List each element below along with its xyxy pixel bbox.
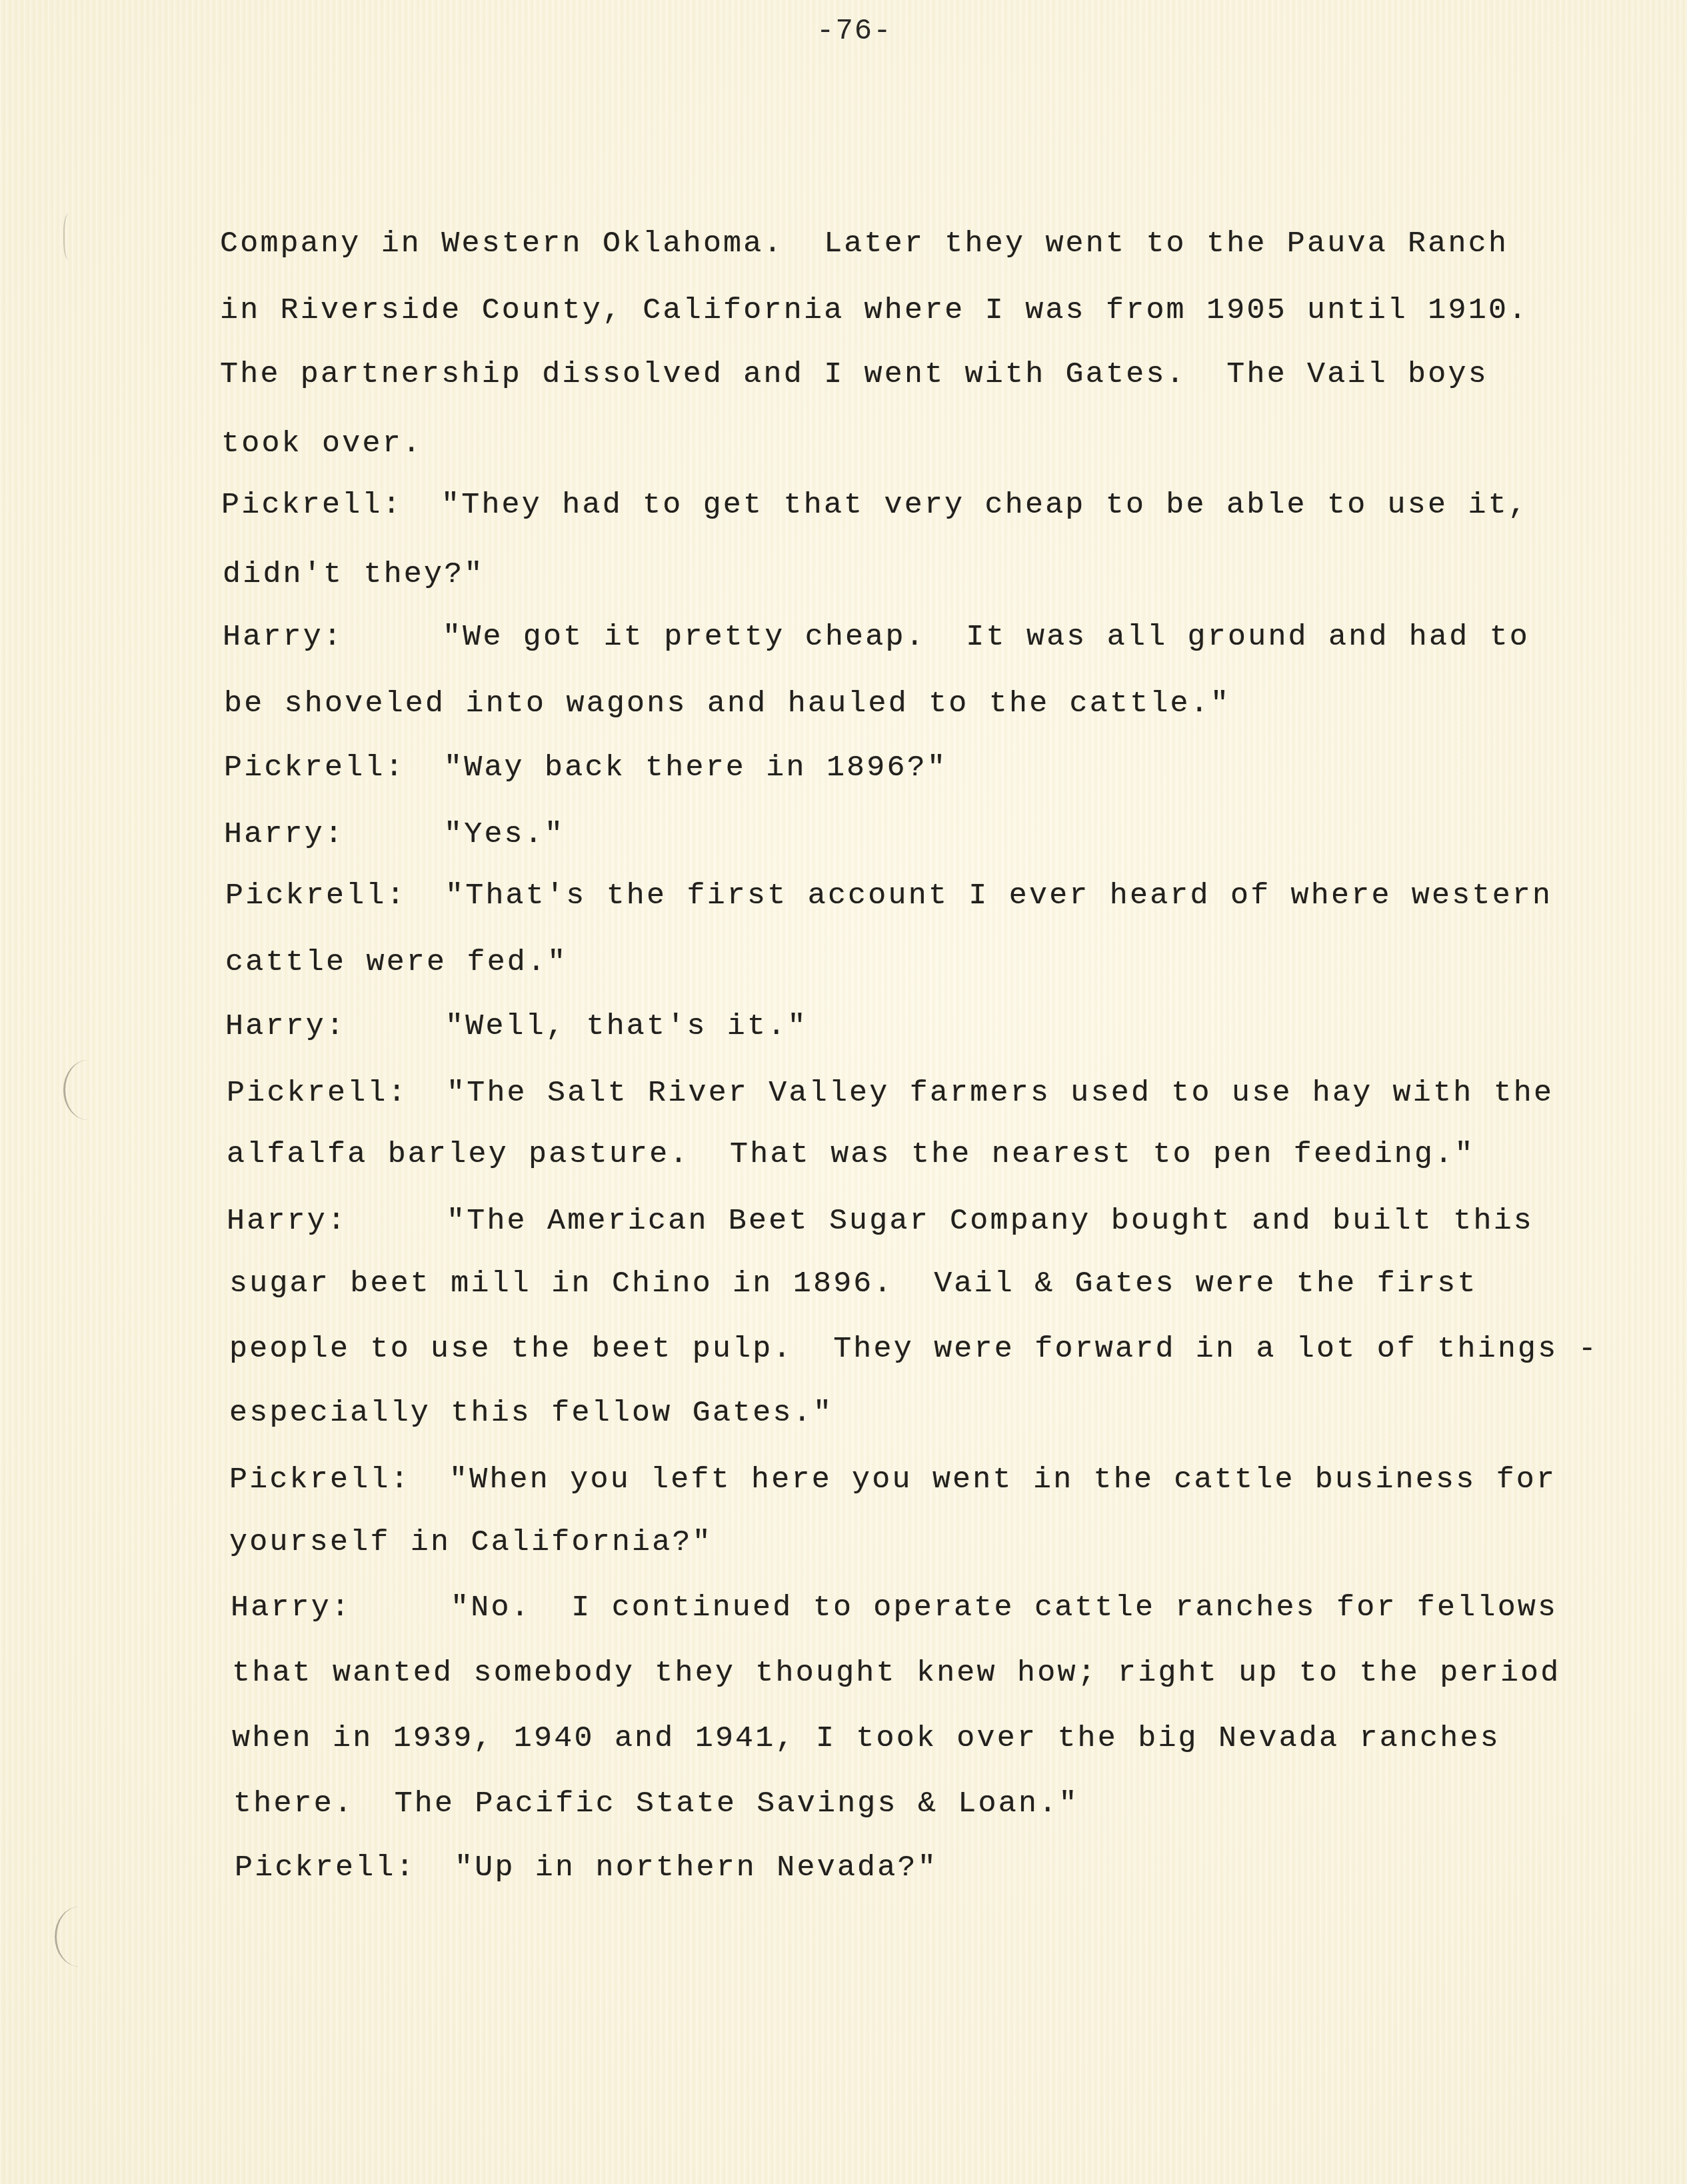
line-text: didn't they?": [223, 557, 485, 591]
line-text: there. The Pacific State Savings & Loan.…: [233, 1787, 1079, 1821]
line-text: be shoveled into wagons and hauled to th…: [224, 687, 1230, 721]
transcript-line: Company in Western Oklahoma. Later they …: [220, 227, 1508, 261]
speaker-label: Pickrell:: [221, 488, 441, 522]
speaker-label: Harry:: [227, 1204, 447, 1238]
line-text: "When you left here you went in the catt…: [449, 1463, 1556, 1497]
line-text: people to use the beet pulp. They were f…: [229, 1332, 1598, 1366]
transcript-line: Harry:"Well, that's it.": [225, 1009, 808, 1043]
transcript-line: Pickrell:"Way back there in 1896?": [224, 751, 947, 785]
line-text: "Well, that's it.": [445, 1009, 808, 1043]
speaker-label: Pickrell:: [229, 1463, 449, 1497]
speaker-label: Harry:: [225, 1009, 445, 1043]
line-text: when in 1939, 1940 and 1941, I took over…: [232, 1721, 1500, 1755]
line-text: "The American Beet Sugar Company bought …: [447, 1204, 1534, 1238]
transcript-line: cattle were fed.": [225, 945, 567, 979]
transcript-line: be shoveled into wagons and hauled to th…: [224, 687, 1230, 721]
speaker-label: Pickrell:: [225, 879, 445, 913]
line-text: took over.: [221, 427, 423, 461]
speaker-label: Harry:: [223, 620, 443, 654]
transcript-line: Pickrell:"When you left here you went in…: [229, 1463, 1556, 1497]
transcript-line: Harry:"The American Beet Sugar Company b…: [227, 1204, 1534, 1238]
transcript-line: Pickrell:"The Salt River Valley farmers …: [227, 1076, 1554, 1110]
transcript-line: took over.: [221, 427, 423, 461]
line-text: "We got it pretty cheap. It was all grou…: [443, 620, 1530, 654]
transcript-line: didn't they?": [223, 557, 485, 591]
line-text: The partnership dissolved and I went wit…: [220, 357, 1488, 391]
line-text: especially this fellow Gates.": [229, 1396, 833, 1430]
line-text: Company in Western Oklahoma. Later they …: [220, 227, 1508, 261]
transcript-line: alfalfa barley pasture. That was the nea…: [227, 1137, 1475, 1171]
speaker-label: Pickrell:: [227, 1076, 447, 1110]
line-text: "Way back there in 1896?": [444, 751, 947, 785]
page-number: -76-: [817, 15, 892, 48]
transcript-line: Harry:"We got it pretty cheap. It was al…: [223, 620, 1530, 654]
line-text: "The Salt River Valley farmers used to u…: [447, 1076, 1554, 1110]
speaker-label: Harry:: [224, 817, 444, 851]
paper-crease-mark: [63, 213, 77, 260]
punch-hole-mark: [63, 1060, 112, 1120]
transcript-line: in Riverside County, California where I …: [220, 293, 1528, 327]
transcript-line: Pickrell:"Up in northern Nevada?": [235, 1851, 938, 1885]
line-text: yourself in California?": [229, 1525, 713, 1559]
line-text: "Up in northern Nevada?": [455, 1851, 938, 1885]
transcript-line: The partnership dissolved and I went wit…: [220, 357, 1488, 391]
line-text: sugar beet mill in Chino in 1896. Vail &…: [229, 1267, 1478, 1301]
line-text: that wanted somebody they thought knew h…: [232, 1656, 1561, 1690]
transcript-line: especially this fellow Gates.": [229, 1396, 833, 1430]
transcript-line: when in 1939, 1940 and 1941, I took over…: [232, 1721, 1500, 1755]
speaker-label: Pickrell:: [235, 1851, 455, 1885]
line-text: "Yes.": [444, 817, 565, 851]
line-text: "That's the first account I ever heard o…: [445, 879, 1552, 913]
line-text: alfalfa barley pasture. That was the nea…: [227, 1137, 1475, 1171]
transcript-line: sugar beet mill in Chino in 1896. Vail &…: [229, 1267, 1478, 1301]
speaker-label: Harry:: [231, 1591, 451, 1625]
transcript-line: that wanted somebody they thought knew h…: [232, 1656, 1561, 1690]
transcript-line: Harry:"No. I continued to operate cattle…: [231, 1591, 1558, 1625]
transcript-line: Pickrell:"That's the first account I eve…: [225, 879, 1552, 913]
transcript-line: there. The Pacific State Savings & Loan.…: [233, 1787, 1079, 1821]
transcript-line: people to use the beet pulp. They were f…: [229, 1332, 1598, 1366]
line-text: in Riverside County, California where I …: [220, 293, 1528, 327]
speaker-label: Pickrell:: [224, 751, 444, 785]
transcript-line: Pickrell:"They had to get that very chea…: [221, 488, 1528, 522]
transcript-line: Harry:"Yes.": [224, 817, 565, 851]
transcript-line: yourself in California?": [229, 1525, 713, 1559]
line-text: "They had to get that very cheap to be a…: [441, 488, 1528, 522]
line-text: "No. I continued to operate cattle ranch…: [451, 1591, 1558, 1625]
punch-hole-mark: [55, 1907, 103, 1967]
line-text: cattle were fed.": [225, 945, 567, 979]
